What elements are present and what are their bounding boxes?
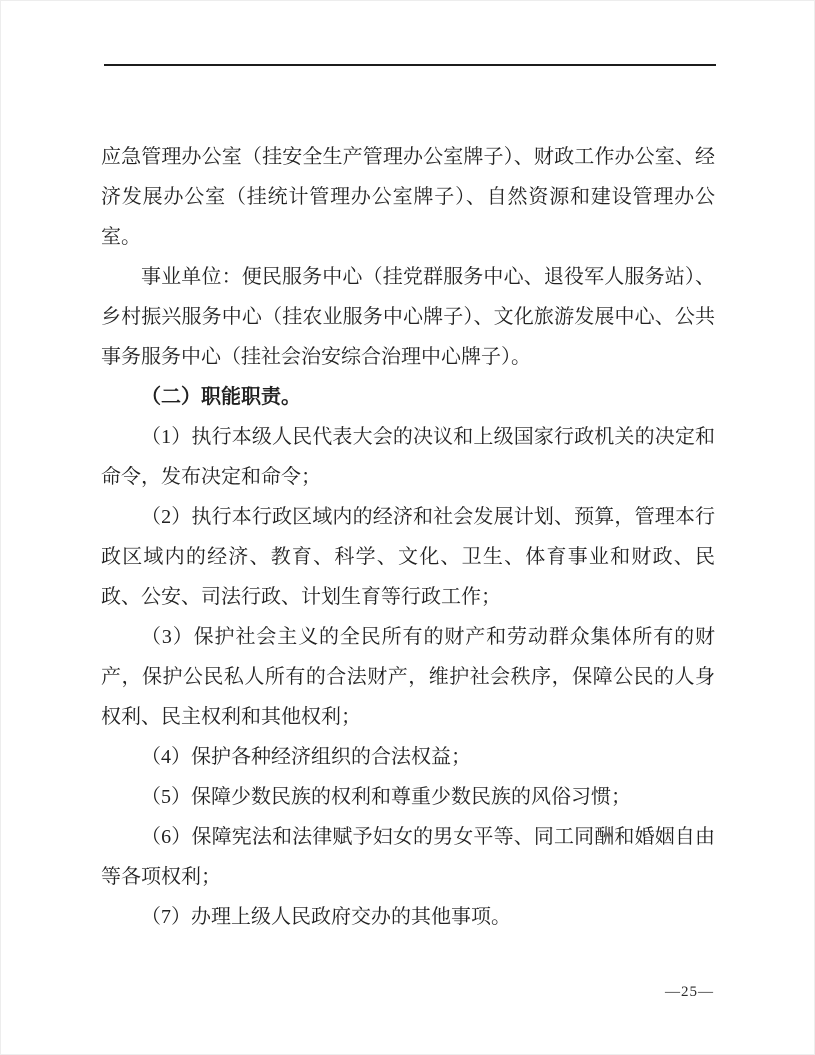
document-page: 应急管理办公室（挂安全生产管理办公室牌子）、财政工作办公室、经济发展办公室（挂统…	[0, 0, 815, 1055]
duty-item-6: （6）保障宪法和法律赋予妇女的男女平等、同工同酬和婚姻自由等各项权利；	[101, 817, 715, 897]
duty-item-4: （4）保护各种经济组织的合法权益；	[101, 737, 715, 777]
duty-item-7: （7）办理上级人民政府交办的其他事项。	[101, 897, 715, 937]
paragraph-public-institutions: 事业单位：便民服务中心（挂党群服务中心、退役军人服务站）、乡村振兴服务中心（挂农…	[101, 257, 715, 377]
duty-item-1: （1）执行本级人民代表大会的决议和上级国家行政机关的决定和命令，发布决定和命令；	[101, 417, 715, 497]
duty-item-2: （2）执行本行政区域内的经济和社会发展计划、预算，管理本行政区域内的经济、教育、…	[101, 497, 715, 617]
paragraph-offices-continuation: 应急管理办公室（挂安全生产管理办公室牌子）、财政工作办公室、经济发展办公室（挂统…	[101, 137, 715, 257]
page-number: —25—	[665, 984, 714, 1001]
header-rule	[104, 64, 716, 66]
section-heading-duties: （二）职能职责。	[101, 377, 715, 417]
duty-item-3: （3）保护社会主义的全民所有的财产和劳动群众集体所有的财产，保护公民私人所有的合…	[101, 617, 715, 737]
document-body: 应急管理办公室（挂安全生产管理办公室牌子）、财政工作办公室、经济发展办公室（挂统…	[101, 137, 715, 937]
duty-item-5: （5）保障少数民族的权利和尊重少数民族的风俗习惯；	[101, 777, 715, 817]
